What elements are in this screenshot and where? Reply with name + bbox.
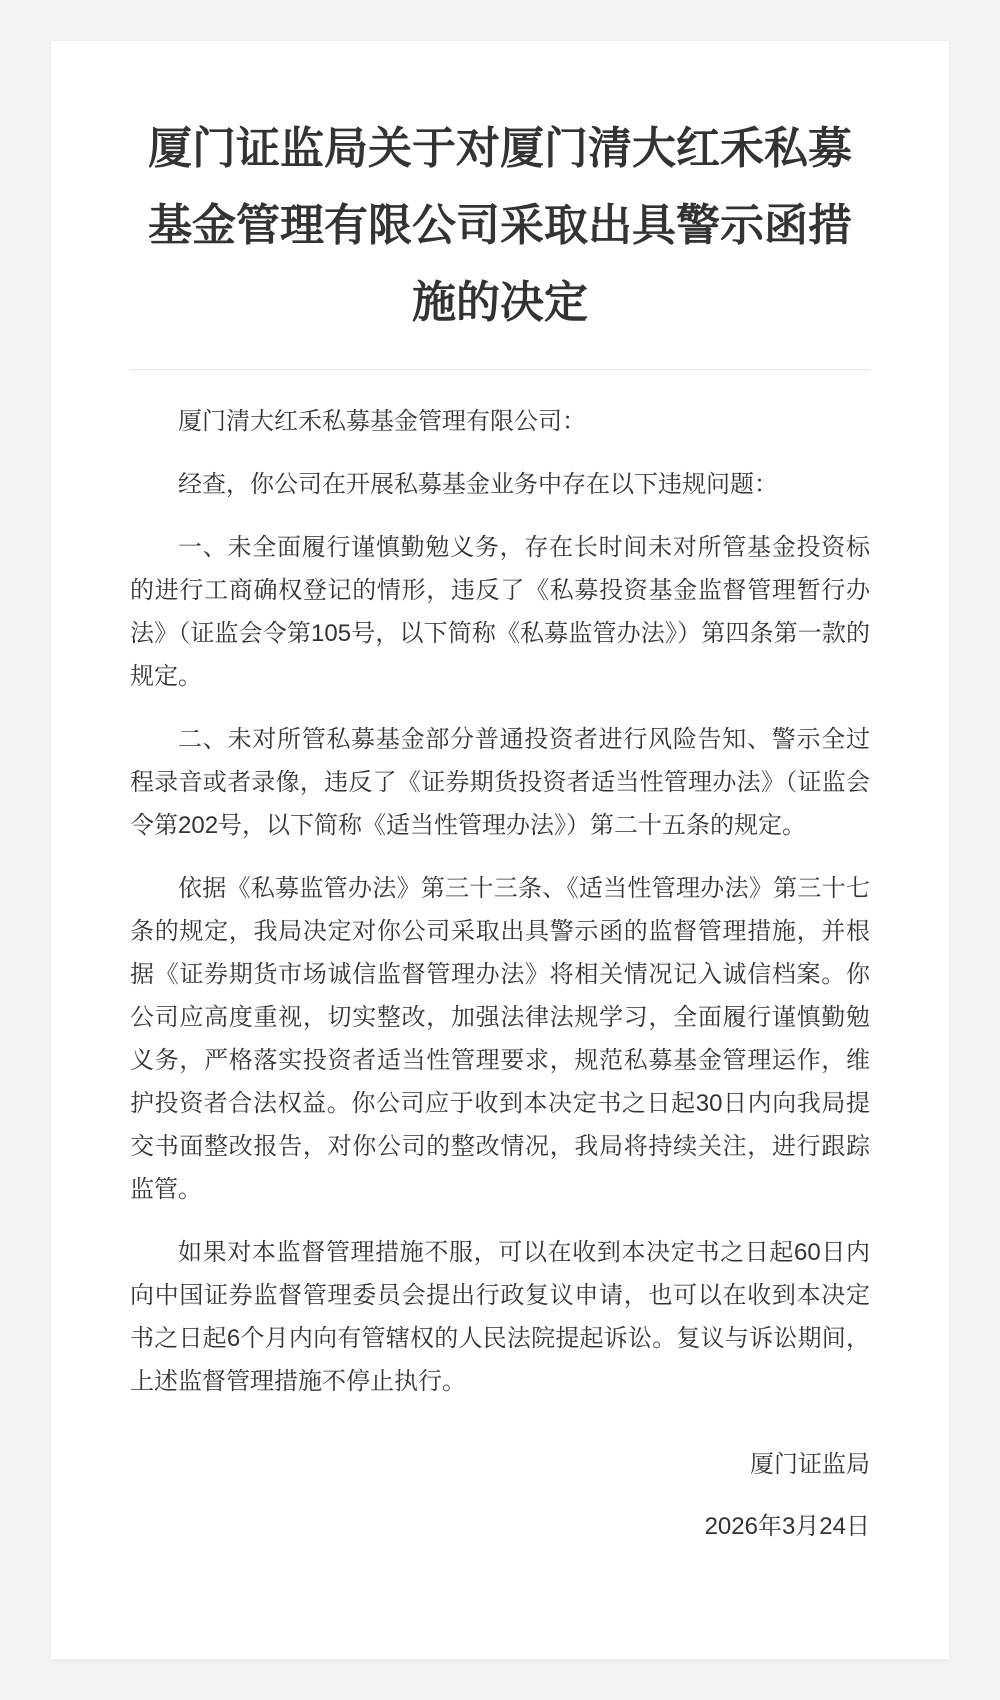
violation-item-2: 二、未对所管私募基金部分普通投资者进行风险告知、警示全过程录音或者录像，违反了《… — [130, 718, 870, 847]
violation-item-1: 一、未全面履行谨慎勤勉义务，存在长时间未对所管基金投资标的进行工商确权登记的情形… — [130, 526, 870, 698]
decision-paragraph: 依据《私募监管办法》第三十三条、《适当性管理办法》第三十七条的规定，我局决定对你… — [130, 867, 870, 1211]
document-title: 厦门证监局关于对厦门清大红禾私募基金管理有限公司采取出具警示函措施的决定 — [130, 110, 870, 341]
title-divider — [130, 369, 870, 370]
issuer-signature: 厦门证监局 — [130, 1443, 870, 1486]
appeal-rights-paragraph: 如果对本监督管理措施不服，可以在收到本决定书之日起60日内向中国证券监督管理委员… — [130, 1231, 870, 1403]
findings-intro: 经查，你公司在开展私募基金业务中存在以下违规问题： — [130, 463, 870, 506]
issue-date: 2026年3月24日 — [130, 1505, 870, 1548]
addressee-line: 厦门清大红禾私募基金管理有限公司： — [130, 400, 870, 443]
document-card: 厦门证监局关于对厦门清大红禾私募基金管理有限公司采取出具警示函措施的决定 厦门清… — [51, 41, 949, 1659]
